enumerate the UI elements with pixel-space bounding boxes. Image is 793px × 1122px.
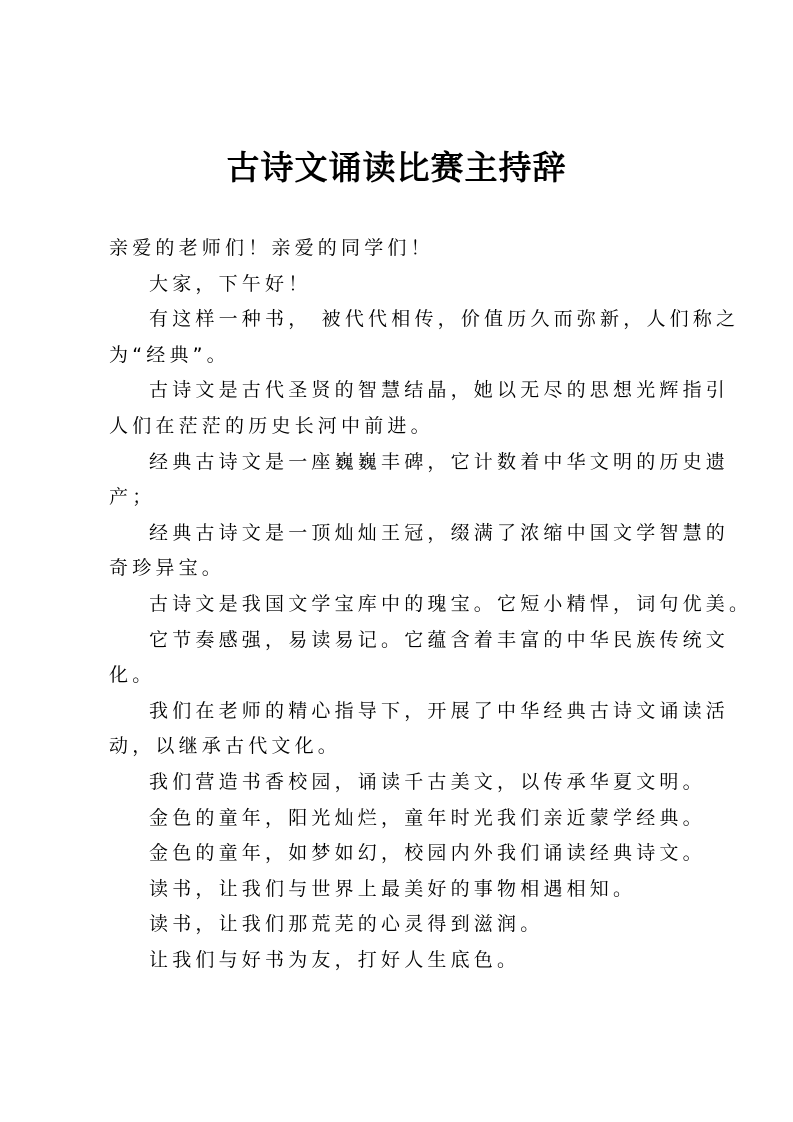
text-line: 人们在茫茫的历史长河中前进。 [109, 409, 689, 445]
text-line: 我们在老师的精心指导下，开展了中华经典古诗文诵读活 [109, 694, 689, 730]
text-line: 让我们与好书为友，打好人生底色。 [109, 943, 689, 979]
text-line: 为“经典”。 [109, 338, 689, 374]
text-line: 有这样一种书， 被代代相传，价值历久而弥新，人们称之 [109, 302, 689, 338]
document-title: 古诗文诵读比赛主持辞 [0, 146, 793, 190]
text-line: 亲爱的老师们！亲爱的同学们！ [109, 231, 689, 267]
text-line: 产； [109, 480, 689, 516]
text-line: 经典古诗文是一顶灿灿王冠，缀满了浓缩中国文学智慧的 [109, 516, 689, 552]
text-line: 读书，让我们那荒芜的心灵得到滋润。 [109, 907, 689, 943]
document-page: 古诗文诵读比赛主持辞 亲爱的老师们！亲爱的同学们！ 大家，下午好！ 有这样一种书… [0, 0, 793, 1122]
text-line: 化。 [109, 658, 689, 694]
text-line: 金色的童年，阳光灿烂，童年时光我们亲近蒙学经典。 [109, 801, 689, 837]
text-line: 读书，让我们与世界上最美好的事物相遇相知。 [109, 872, 689, 908]
text-line: 金色的童年，如梦如幻，校园内外我们诵读经典诗文。 [109, 836, 689, 872]
document-body: 亲爱的老师们！亲爱的同学们！ 大家，下午好！ 有这样一种书， 被代代相传，价值历… [109, 231, 689, 978]
text-line: 古诗文是我国文学宝库中的瑰宝。它短小精悍，词句优美。 [109, 587, 689, 623]
text-line: 我们营造书香校园，诵读千古美文，以传承华夏文明。 [109, 765, 689, 801]
text-line: 奇珍异宝。 [109, 551, 689, 587]
text-line: 它节奏感强，易读易记。它蕴含着丰富的中华民族传统文 [109, 623, 689, 659]
text-line: 动，以继承古代文化。 [109, 729, 689, 765]
text-line: 经典古诗文是一座巍巍丰碑，它计数着中华文明的历史遗 [109, 445, 689, 481]
text-line: 古诗文是古代圣贤的智慧结晶，她以无尽的思想光辉指引 [109, 373, 689, 409]
text-line: 大家，下午好！ [109, 267, 689, 303]
